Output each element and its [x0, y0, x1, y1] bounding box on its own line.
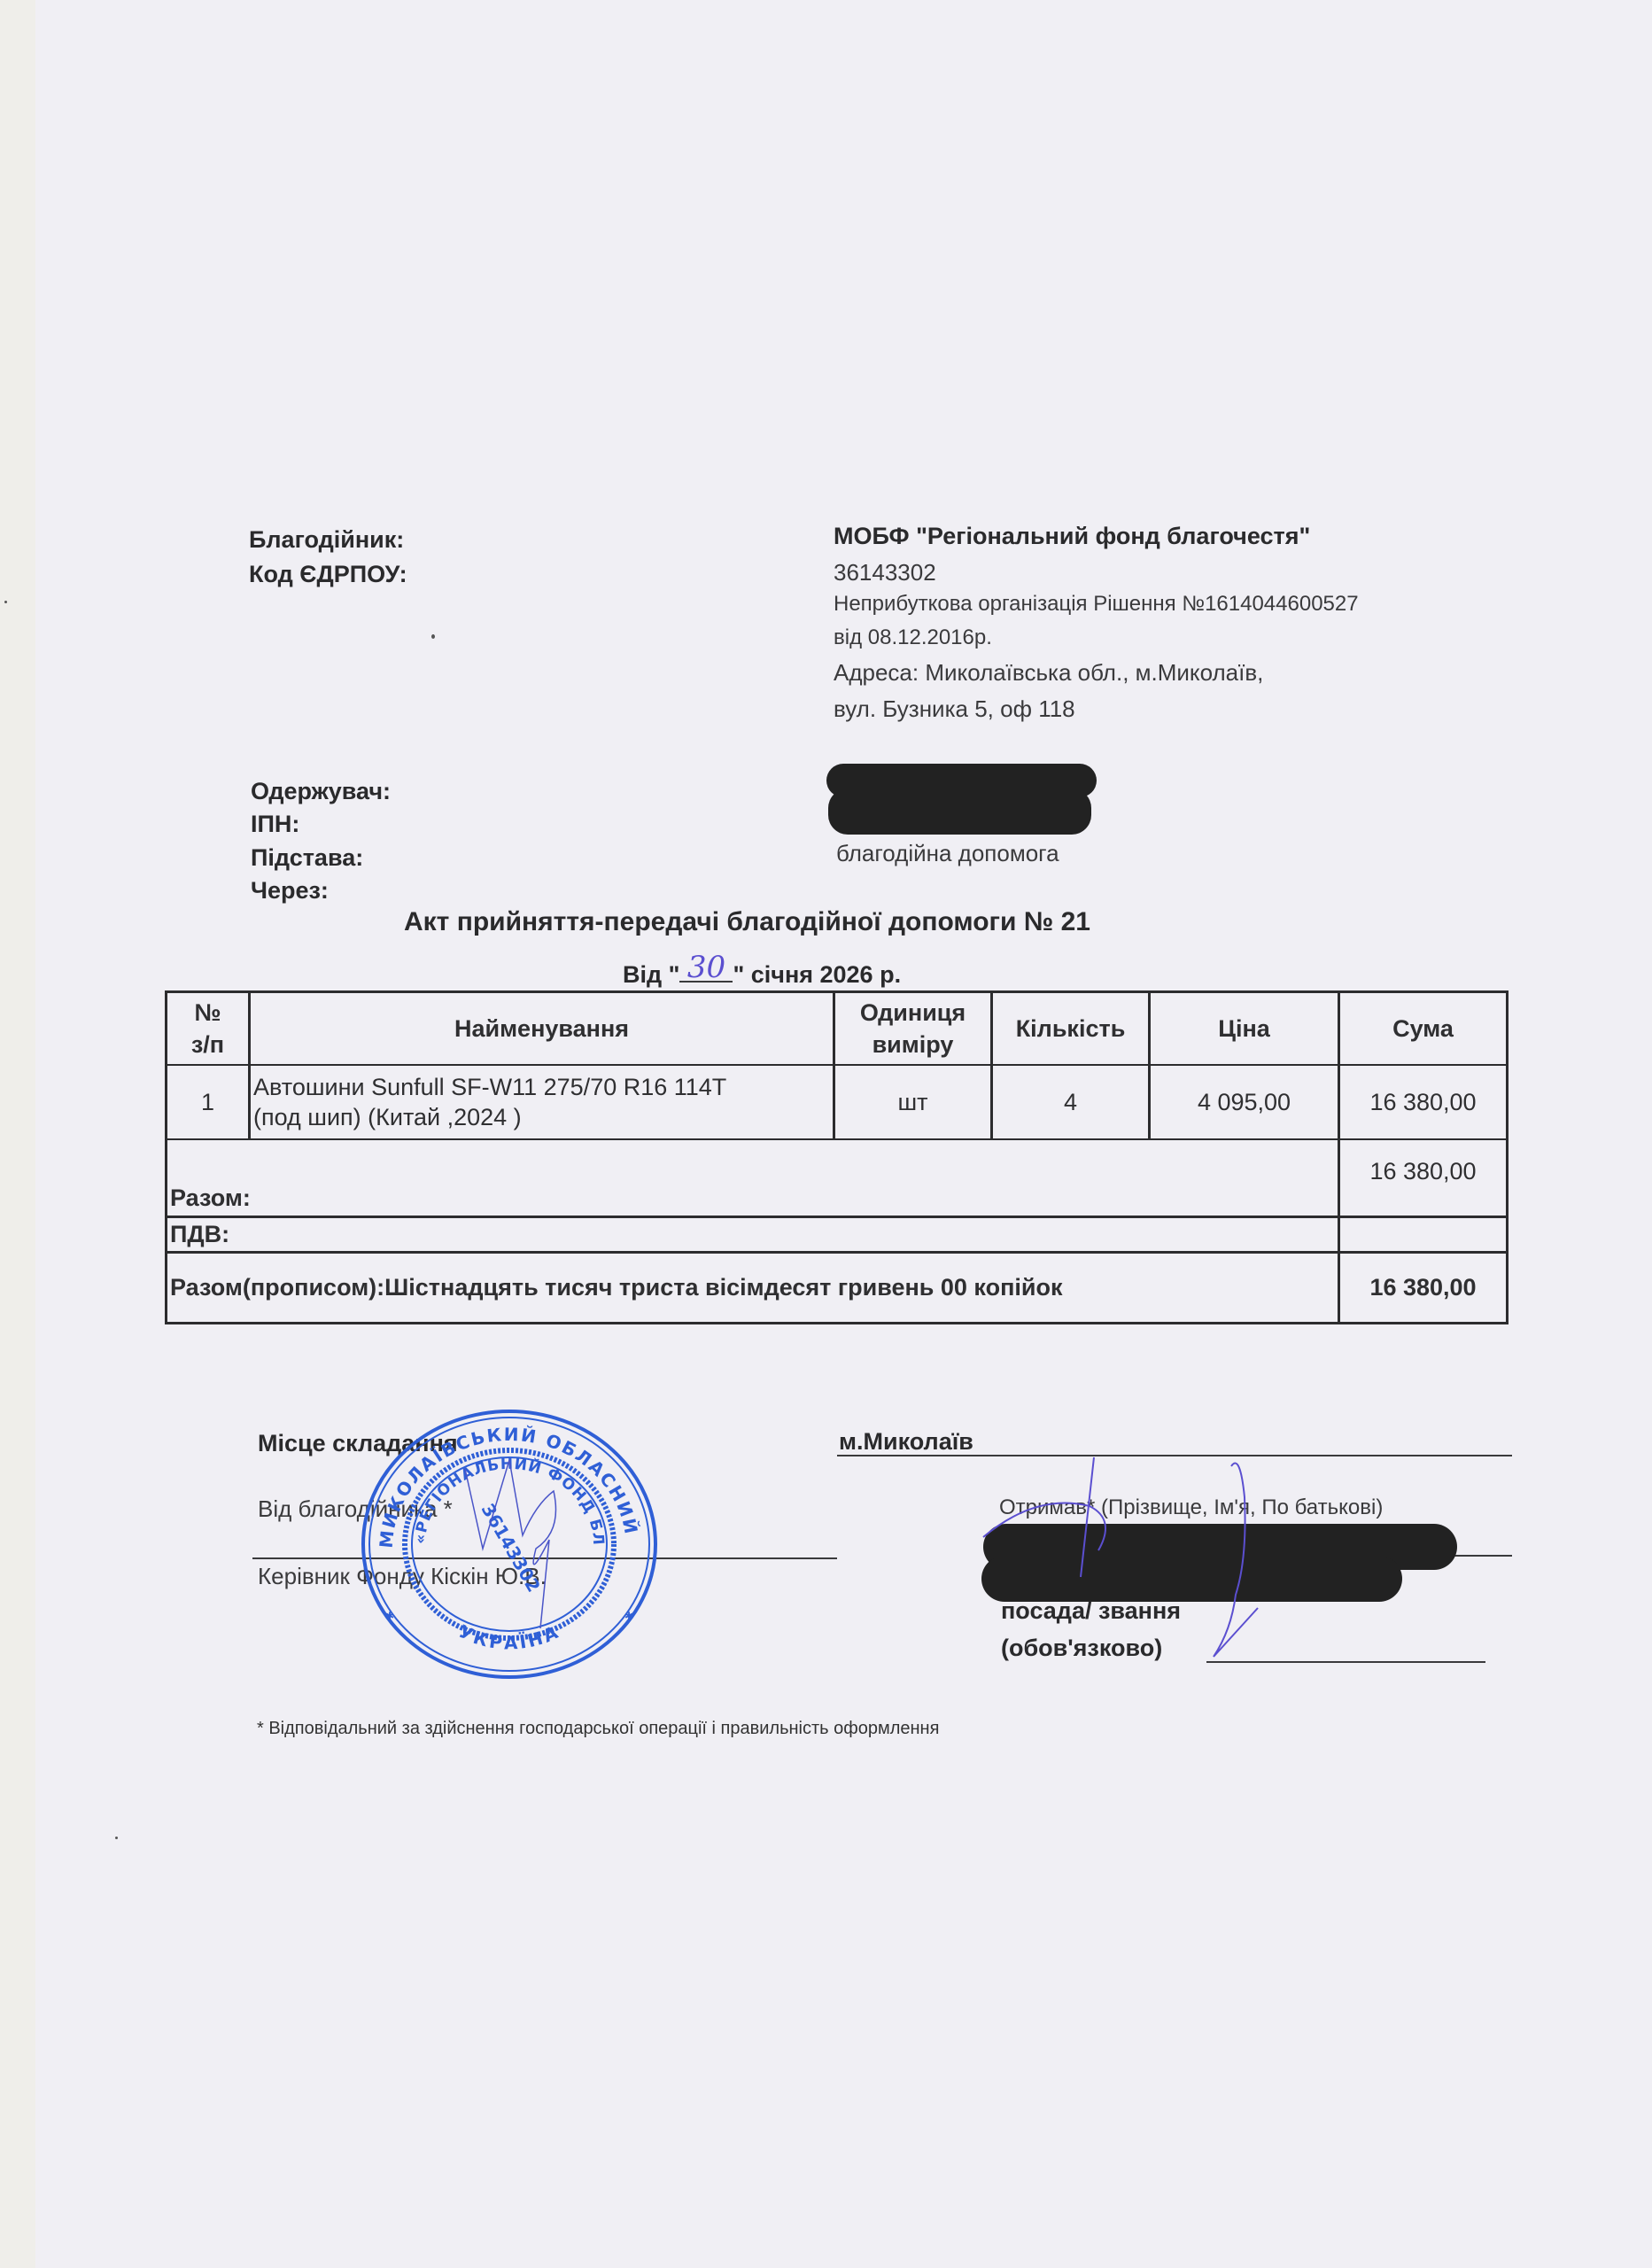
vat-label: ПДВ: — [170, 1218, 1338, 1251]
total-in-words: Разом(прописом):Шістнадцять тисяч триста… — [170, 1254, 1338, 1322]
table-border — [1506, 990, 1509, 1324]
basis-label: Підстава: — [251, 844, 363, 872]
donor-name: МОБФ "Регіональний фонд благочестя" — [834, 523, 1310, 550]
row-name-line2: (под шип) (Китай ,2024 ) — [253, 1102, 522, 1132]
header-qty: Кількість — [993, 993, 1148, 1064]
vat-value — [1340, 1218, 1506, 1251]
stamp-star-icon: ✱ — [624, 1610, 633, 1622]
header-name: Найменування — [251, 993, 833, 1064]
svg-text:УКРАЇНА: УКРАЇНА — [455, 1620, 563, 1653]
ipn-label: ІПН: — [251, 811, 299, 838]
basis-value: благодійна допомога — [836, 840, 1059, 867]
recipient-label: Одержувач: — [251, 778, 391, 805]
total-label: Разом: — [170, 1140, 1338, 1216]
stamp-bottom-text: УКРАЇНА — [455, 1620, 563, 1653]
stamp-star-icon: ✱ — [385, 1610, 394, 1622]
row-num: 1 — [167, 1066, 248, 1138]
day-handwritten: 30 — [679, 954, 733, 983]
total-in-words-value: 16 380,00 — [1340, 1254, 1506, 1322]
header-unit-line1: Одиниця — [860, 997, 966, 1029]
row-name-line1: Автошини Sunfull SF-W11 275/70 R16 114T — [253, 1072, 726, 1102]
row-name: Автошини Sunfull SF-W11 275/70 R16 114T … — [253, 1066, 833, 1138]
edrpou-value: 36143302 — [834, 559, 936, 586]
stamp-center-code: 36143302 — [477, 1500, 545, 1596]
date-line: Від "30" січня 2026 р. — [623, 959, 901, 989]
donor-label: Благодійник: — [249, 526, 404, 554]
date-suffix: " січня 2026 р. — [733, 961, 901, 988]
date-prefix: Від " — [623, 961, 679, 988]
items-table: № з/п Найменування Одиниця виміру Кількі… — [165, 990, 1509, 1324]
nonprofit-line: Неприбуткова організація Рішення №161404… — [834, 592, 1359, 617]
header-price: Ціна — [1151, 993, 1338, 1064]
scan-edge-strip — [0, 0, 35, 2268]
row-sum: 16 380,00 — [1340, 1066, 1506, 1138]
via-label: Через: — [251, 877, 329, 905]
header-num: № з/п — [167, 993, 248, 1064]
recipient-signature — [966, 1453, 1338, 1666]
edrpou-label: Код ЄДРПОУ: — [249, 561, 407, 588]
act-title: Акт прийняття-передачі благодійної допом… — [404, 907, 1090, 937]
stamp-seal: МИКОЛАЇВСЬКИЙ ОБЛАСНИЙ БЛАГОДІЙНИЙ ФОНД … — [359, 1407, 660, 1682]
place-value: м.Миколаїв — [839, 1428, 973, 1456]
header-sum: Сума — [1340, 993, 1506, 1064]
header-unit: Одиниця виміру — [835, 993, 990, 1064]
address-line-2: вул. Бузника 5, оф 118 — [834, 695, 1075, 723]
footnote: * Відповідальний за здійснення господарс… — [257, 1719, 939, 1739]
nonprofit-date: від 08.12.2016р. — [834, 625, 992, 650]
table-border — [165, 1322, 1509, 1324]
total-value: 16 380,00 — [1340, 1140, 1506, 1216]
row-qty: 4 — [993, 1066, 1148, 1138]
scan-speck — [431, 634, 435, 639]
address-line-1: Адреса: Миколаївська обл., м.Миколаїв, — [834, 659, 1263, 687]
scan-speck — [115, 1837, 118, 1839]
row-price: 4 095,00 — [1151, 1066, 1338, 1138]
scan-speck — [4, 601, 7, 603]
row-unit: шт — [835, 1066, 990, 1138]
redaction-ipn — [828, 788, 1091, 835]
header-num-line2: з/п — [191, 1029, 224, 1060]
header-num-line1: № — [194, 997, 221, 1029]
header-unit-line2: виміру — [873, 1029, 954, 1060]
